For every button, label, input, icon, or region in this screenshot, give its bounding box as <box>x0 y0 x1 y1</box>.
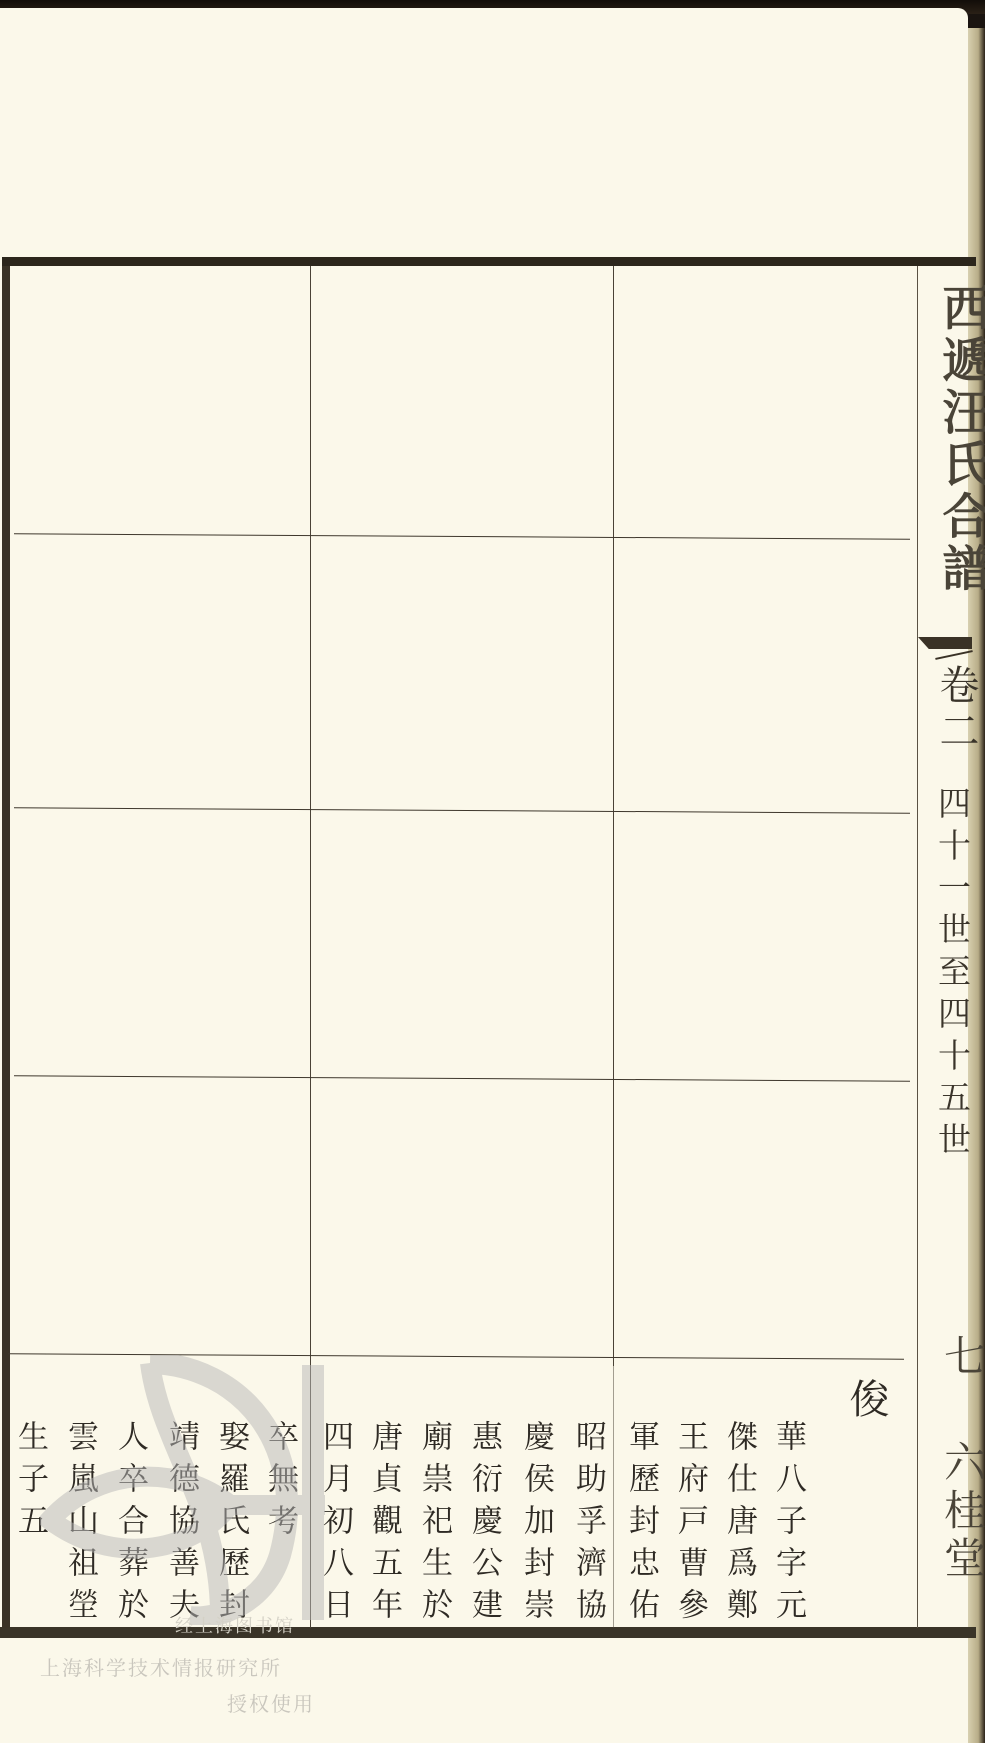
frame-border-top <box>2 257 976 266</box>
library-watermark-logo-icon <box>40 1355 340 1625</box>
watermark-authorization-text: 授权使用 <box>227 1688 315 1717</box>
margin-generation-range: 四十一世至四十五世 <box>929 786 976 1164</box>
entry-text-column: 軍歷封忠佑 <box>623 1420 659 1630</box>
entry-text-column: 華八子字元 <box>770 1420 806 1630</box>
entry-text-column: 唐貞觀五年 <box>366 1420 402 1630</box>
margin-column-rule <box>917 266 918 1628</box>
entry-text-column: 昭助孚濟協 <box>570 1420 606 1630</box>
margin-page-number: 七 <box>932 1334 985 1382</box>
entry-text-column: 慶侯加封崇 <box>518 1420 554 1630</box>
margin-volume: 卷二 <box>928 664 985 756</box>
entry-text-column: 廟祟祀生於 <box>416 1420 452 1630</box>
entry-text-column: 惠衍慶公建 <box>466 1420 502 1630</box>
entry-person-name: 俊 <box>838 1378 895 1424</box>
frame-border-left <box>2 266 10 1628</box>
watermark-stamp-text: 经上海图书馆 <box>175 1612 295 1638</box>
watermark-institute-text: 上海科学技术情报研究所 <box>40 1652 282 1681</box>
grid-vline-2 <box>613 266 614 1366</box>
entry-text-column: 王府戸曹參 <box>672 1420 708 1630</box>
margin-hall-name: 六桂堂 <box>932 1440 985 1584</box>
grid-vline-2-lower <box>613 1366 614 1628</box>
entry-text-column: 傑仕唐爲鄭 <box>721 1420 757 1630</box>
margin-book-title: 西遞汪氏合譜 <box>928 283 985 595</box>
